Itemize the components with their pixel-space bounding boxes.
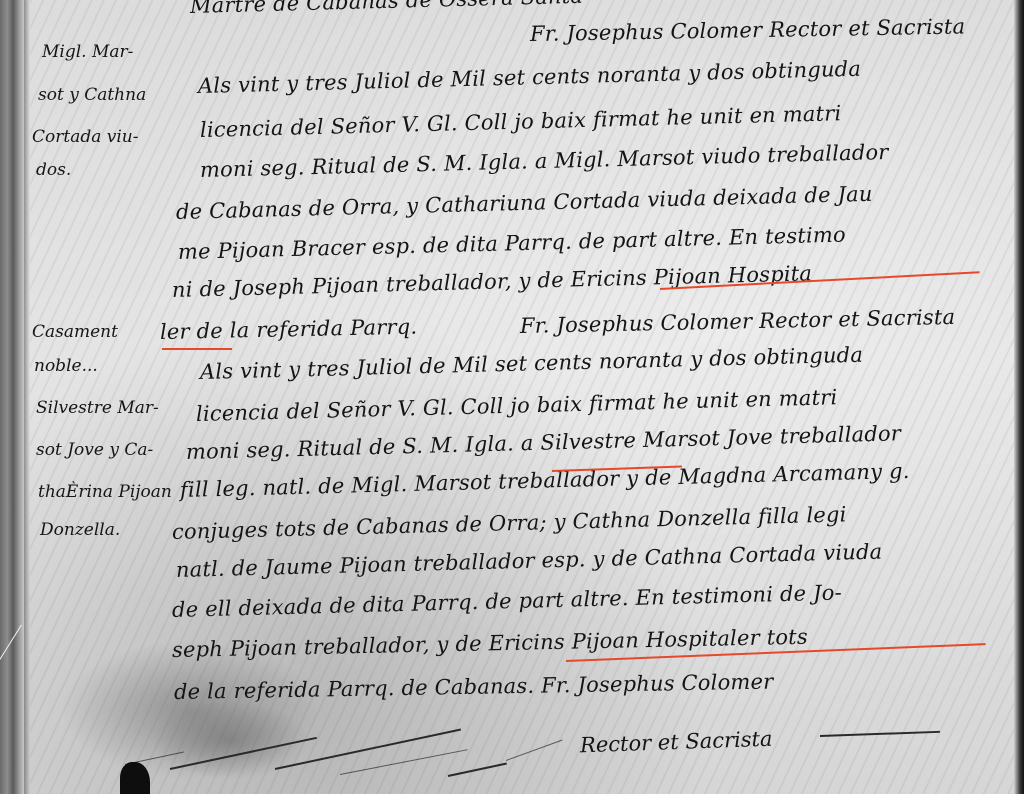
entry-line: Als vint y tres Juliol de Mil set cents … [200,343,864,384]
margin-note-line: Casament [32,322,118,342]
margin-note-line: Cortada viu- [32,127,139,147]
entry-line: Als vint y tres Juliol de Mil set cents … [198,57,862,98]
entry-line: conjuges tots de Cabanas de Orra; y Cath… [172,502,847,544]
closing-stroke [340,749,468,775]
margin-note-line: sot Jove y Ca- [36,440,153,460]
margin-note-line: Migl. Mar- [42,42,133,62]
entry-line: de ell deixada de dita Parrq. de part al… [172,580,842,622]
binding-gutter [0,0,24,794]
highlight-underline [162,348,232,350]
closing-stroke [506,740,563,761]
margin-note-line: sot y Cathna [38,85,146,105]
entry-line: seph Pijoan treballador, y de Ericins Pi… [172,625,808,662]
signature-line: Fr. Josephus Colomer Rector et Sacrista [530,14,966,46]
entry-line: natl. de Jaume Pijoan treballador esp. y… [176,540,883,582]
binding-crease [24,0,30,794]
margin-note-line: noble... [34,356,98,376]
flourish-stroke [820,731,940,737]
margin-note-line: Donzella. [40,520,120,540]
entry-line: licencia del Señor V. Gl. Coll jo baix f… [196,385,838,426]
margin-note-line: Silvestre Mar- [36,398,159,418]
margin-note-line: thaЀrina Pijoan [38,482,172,502]
entry-line: Martre de Cabanas de Ossera Santa [190,0,584,18]
signature-line: Fr. Josephus Colomer Rector et Sacrista [520,305,956,338]
manuscript-page: Migl. Mar- sot y Cathna Cortada viu- dos… [0,0,1024,794]
entry-line: de Cabanas de Orra, y Cathariuna Cortada… [176,182,873,224]
rector-signature: Rector et Sacrista [580,727,773,758]
entry-line: fill leg. natl. de Migl. Marsot treballa… [180,459,910,502]
entry-line: me Pijoan Bracer esp. de dita Parrq. de … [178,223,846,264]
entry-line: ler de la referida Parrq. [160,315,418,344]
entry-line: licencia del Señor V. Gl. Coll jo baix f… [200,101,842,142]
page-edge [1014,0,1024,794]
ink-blot [120,762,150,794]
entry-line: moni seg. Ritual de S. M. Igla. a Silves… [186,421,902,464]
closing-stroke [448,763,507,777]
entry-line: moni seg. Ritual de S. M. Igla. a Migl. … [200,140,889,182]
margin-note-line: dos. [36,160,71,180]
entry-line: ni de Joseph Pijoan treballador, y de Er… [172,261,813,302]
